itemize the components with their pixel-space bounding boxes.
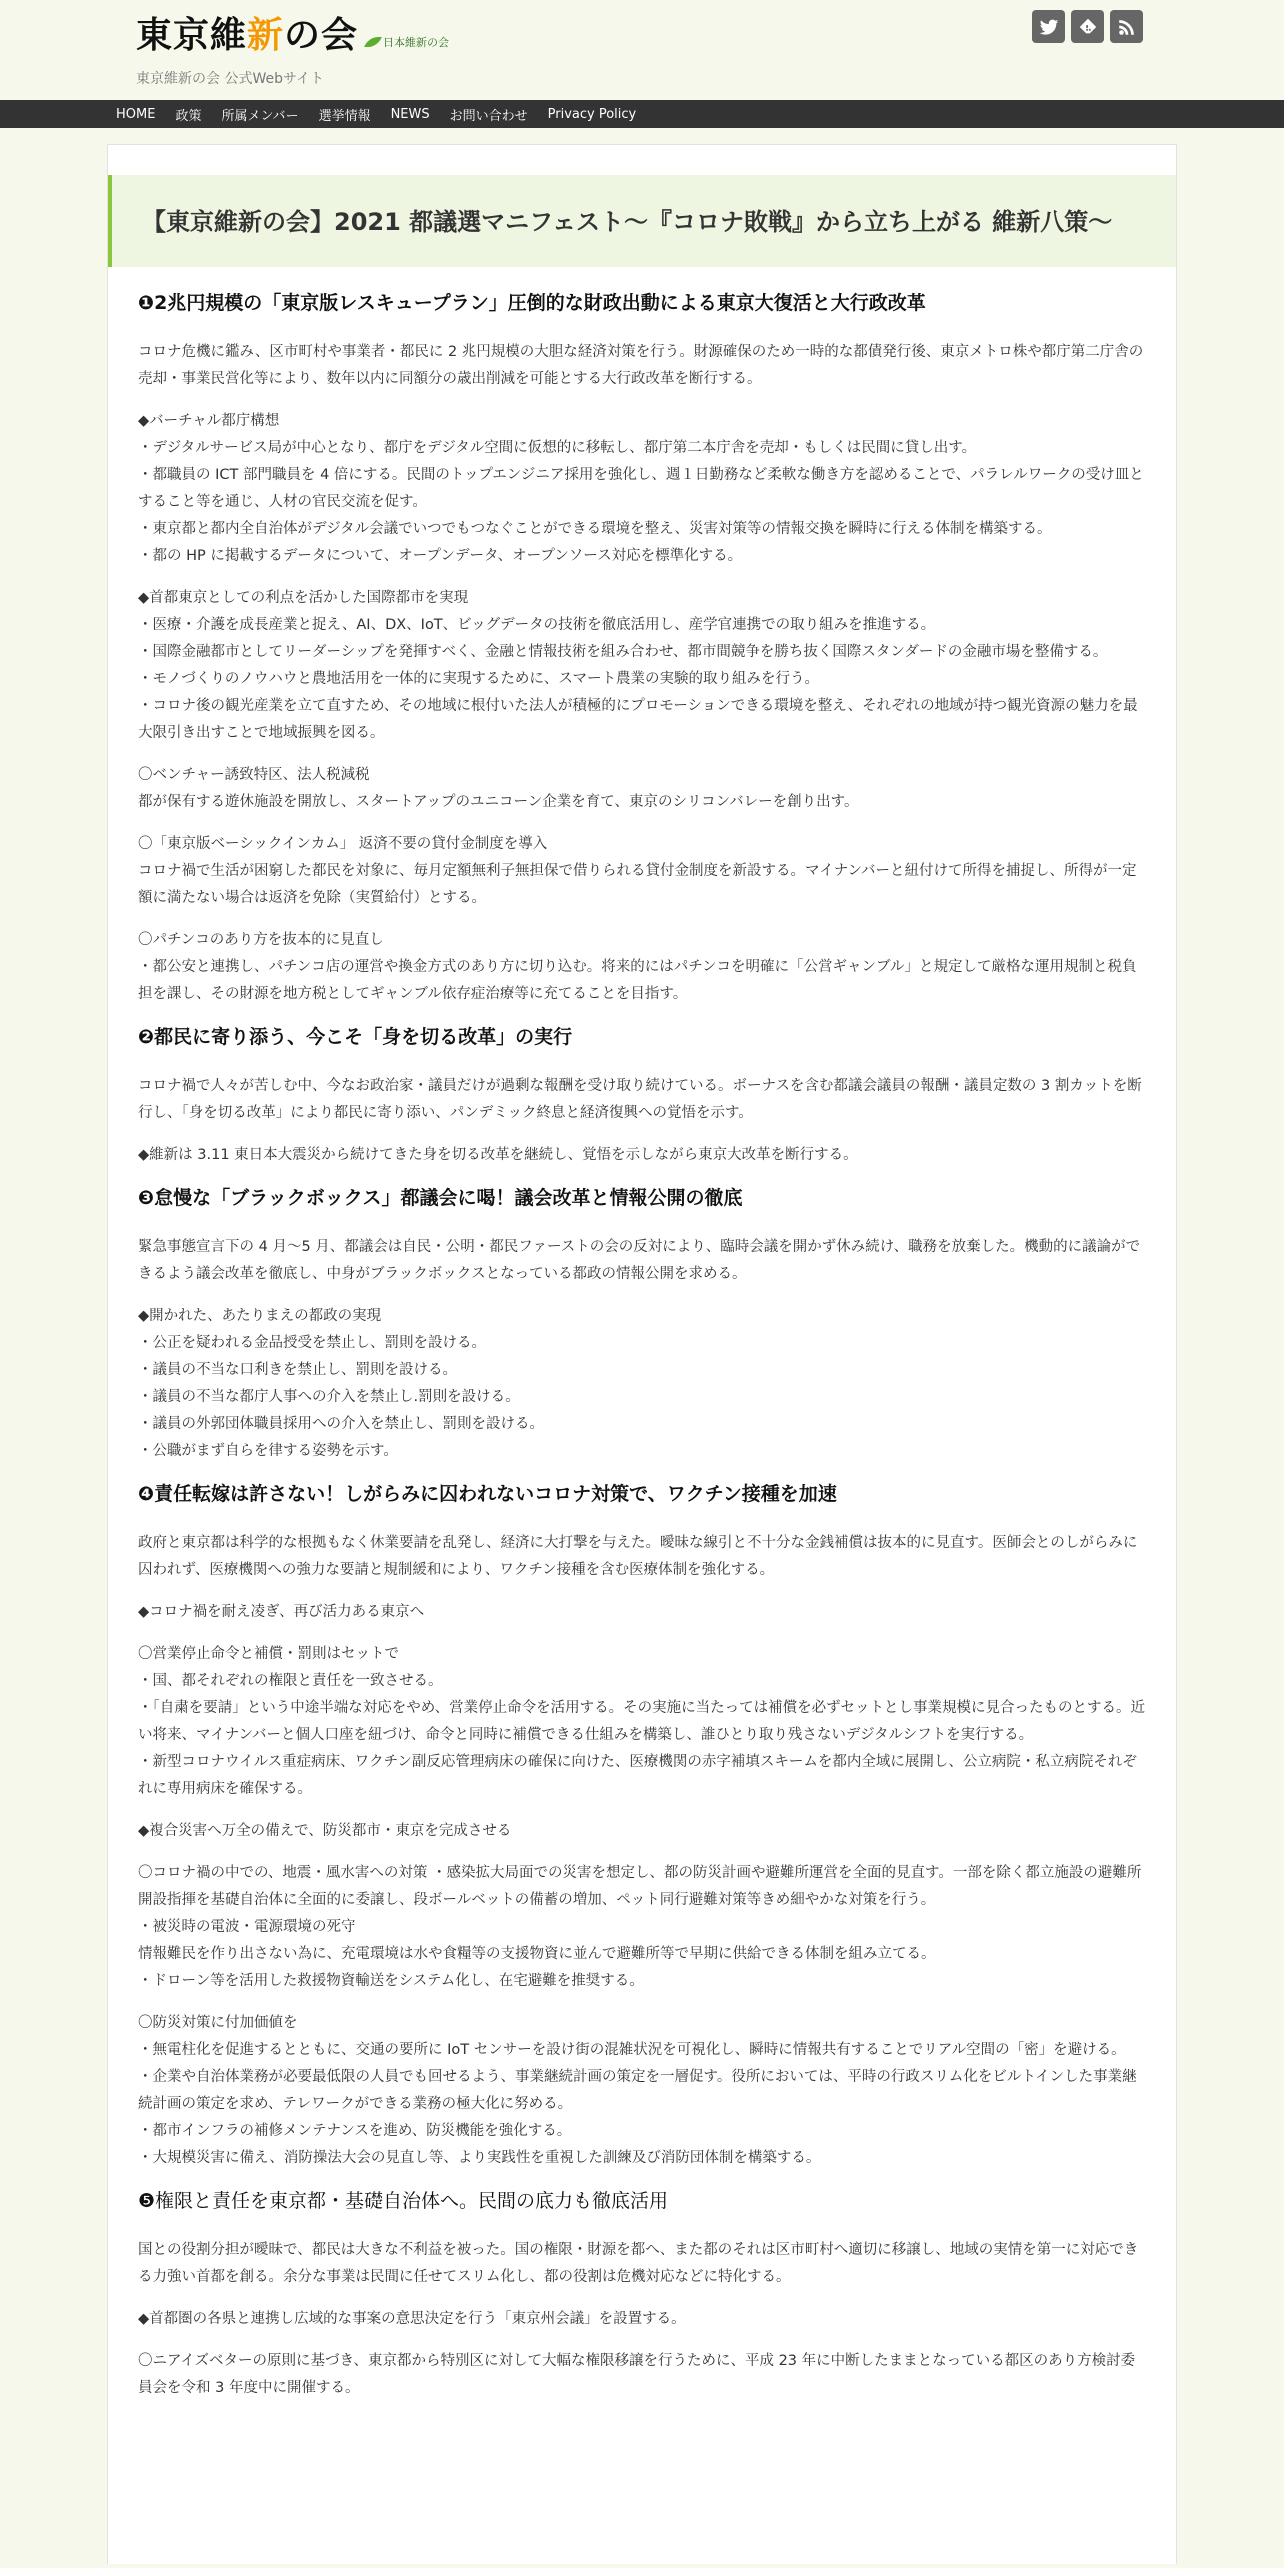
nav-contact[interactable]: お問い合わせ: [450, 105, 528, 124]
paragraph: 〇営業停止命令と補償・罰則はセットで・国、都それぞれの権限と責任を一致させる。・…: [138, 1641, 1146, 1803]
paragraph-line: ・被災時の電波・電源環境の死守: [138, 1914, 1146, 1941]
paragraph: 〇コロナ禍の中での、地震・風水害への対策 ・感染拡大局面での災害を想定し、都の防…: [138, 1860, 1146, 1995]
main-nav: HOME 政策 所属メンバー 選挙情報 NEWS お問い合わせ Privacy …: [0, 100, 1284, 128]
paragraph-line: ・都公安と連携し、パチンコ店の運営や換金方式のあり方に切り込む。将来的にはパチン…: [138, 954, 1146, 1008]
paragraph-line: ・都の HP に掲載するデータについて、オープンデータ、オープンソース対応を標準…: [138, 543, 1146, 570]
paragraph-line: 〇営業停止命令と補償・罰則はセットで: [138, 1641, 1146, 1668]
paragraph: 〇防災対策に付加価値を・無電柱化を促進するとともに、交通の要所に IoT センサ…: [138, 2010, 1146, 2172]
paragraph-line: ・コロナ後の観光産業を立て直すため、その地域に根付いた法人が積極的にプロモーショ…: [138, 693, 1146, 747]
section-heading: ❸怠慢な「ブラックボックス」都議会に喝！議会改革と情報公開の徹底: [138, 1184, 1146, 1212]
paragraph-line: 都が保有する遊休施設を開放し、スタートアップのユニコーン企業を育て、東京のシリコ…: [138, 789, 1146, 816]
paragraph-line: ・国、都それぞれの権限と責任を一致させる。: [138, 1668, 1146, 1695]
paragraph-line: ・議員の外郭団体職員採用への介入を禁止し、罰則を設ける。: [138, 1411, 1146, 1438]
paragraph-line: ・モノづくりのノウハウと農地活用を一体的に実現するために、スマート農業の実験的取…: [138, 666, 1146, 693]
paragraph-line: 〇パチンコのあり方を抜本的に見直し: [138, 927, 1146, 954]
logo-prefix: 東京維: [136, 15, 247, 56]
paragraph-line: ・国際金融都市としてリーダーシップを発揮すべく、金融と情報技術を組み合わせ、都市…: [138, 639, 1146, 666]
paragraph: 〇「東京版ベーシックインカム」 返済不要の貸付金制度を導入コロナ禍で生活が困窮し…: [138, 831, 1146, 912]
paragraph-line: 政府と東京都は科学的な根拠もなく休業要請を乱発し、経済に大打撃を与えた。曖昧な線…: [138, 1530, 1146, 1584]
paragraph-line: ・デジタルサービス局が中心となり、都庁をデジタル空間に仮想的に移転し、都庁第二本…: [138, 435, 1146, 462]
paragraph-line: 〇「東京版ベーシックインカム」 返済不要の貸付金制度を導入: [138, 831, 1146, 858]
main-content: 【東京維新の会】2021 都議選マニフェスト～『コロナ敗戦』から立ち上がる 維新…: [107, 144, 1177, 2564]
paragraph: コロナ禍で人々が苦しむ中、今なお政治家・議員だけが過剰な報酬を受け取り続けている…: [138, 1073, 1146, 1127]
paragraph-line: ・議員の不当な都庁人事への介入を禁止し.罰則を設ける。: [138, 1384, 1146, 1411]
paragraph: ◆複合災害へ万全の備えで、防災都市・東京を完成させる: [138, 1818, 1146, 1845]
paragraph-line: ◆維新は 3.11 東日本大震災から続けてきた身を切る改革を継続し、覚悟を示しな…: [138, 1142, 1146, 1169]
section-heading: ❹責任転嫁は許さない！しがらみに囚われないコロナ対策で、ワクチン接種を加速: [138, 1480, 1146, 1508]
paragraph: ◆首都東京としての利点を活かした国際都市を実現・医療・介護を成長産業と捉え、AI…: [138, 585, 1146, 747]
nav-policy[interactable]: 政策: [175, 105, 201, 124]
paragraph-line: ・東京都と都内全自治体がデジタル会議でいつでもつなぐことができる環境を整え、災害…: [138, 516, 1146, 543]
paragraph-line: コロナ禍で人々が苦しむ中、今なお政治家・議員だけが過剰な報酬を受け取り続けている…: [138, 1073, 1146, 1127]
paragraph-line: 〇コロナ禍の中での、地震・風水害への対策 ・感染拡大局面での災害を想定し、都の防…: [138, 1860, 1146, 1887]
paragraph-line: ・医療・介護を成長産業と捉え、AI、DX、IoT、ビッグデータの技術を徹底活用し…: [138, 612, 1146, 639]
paragraph: ◆維新は 3.11 東日本大震災から続けてきた身を切る改革を継続し、覚悟を示しな…: [138, 1142, 1146, 1169]
paragraph: ◆開かれた、あたりまえの都政の実現・公正を疑われる金品授受を禁止し、罰則を設ける…: [138, 1303, 1146, 1465]
paragraph-line: ◆首都圏の各県と連携し広域的な事案の意思決定を行う「東京州会議」を設置する。: [138, 2306, 1146, 2333]
nav-news[interactable]: NEWS: [391, 107, 430, 122]
site-tagline: 東京維新の会 公式Webサイト: [136, 68, 324, 88]
paragraph-line: ・公職がまず自らを律する姿勢を示す。: [138, 1438, 1146, 1465]
parent-party-logo: 日本維新の会: [366, 34, 449, 50]
paragraph-line: コロナ禍で生活が困窮した都民を対象に、毎月定額無利子無担保で借りられる貸付金制度…: [138, 858, 1146, 912]
paragraph-line: ◆バーチャル都庁構想: [138, 408, 1146, 435]
leaf-icon: [364, 37, 382, 47]
paragraph-line: ・公正を疑われる金品授受を禁止し、罰則を設ける。: [138, 1330, 1146, 1357]
paragraph-line: ・新型コロナウイルス重症病床、ワクチン副反応管理病床の確保に向けた、医療機関の赤…: [138, 1749, 1146, 1803]
section-heading: ❶2兆円規模の「東京版レスキュープラン」圧倒的な財政出動による東京大復活と大行政…: [138, 289, 1146, 317]
site-logo[interactable]: 東京維新の会 日本維新の会: [136, 14, 449, 58]
paragraph-line: ◆開かれた、あたりまえの都政の実現: [138, 1303, 1146, 1330]
paragraph: ◆コロナ禍を耐え凌ぎ、再び活力ある東京へ: [138, 1599, 1146, 1626]
paragraph-line: 情報難民を作り出さない為に、充電環境は水や食糧等の支援物資に並んで避難所等で早期…: [138, 1941, 1146, 1968]
paragraph-line: 〇防災対策に付加価値を: [138, 2010, 1146, 2037]
page-title: 【東京維新の会】2021 都議選マニフェスト～『コロナ敗戦』から立ち上がる 維新…: [108, 175, 1176, 267]
paragraph-line: ・大規模災害に備え、消防操法大会の見直し等、より実践性を重視した訓練及び消防団体…: [138, 2145, 1146, 2172]
nav-members[interactable]: 所属メンバー: [221, 105, 298, 124]
paragraph-line: 〇ニアイズベターの原則に基づき、東京都から特別区に対して大幅な権限移譲を行うため…: [138, 2348, 1146, 2402]
section-heading: ❷都民に寄り添う、今こそ「身を切る改革」の実行: [138, 1023, 1146, 1051]
paragraph-line: ・「自粛を要請」という中途半端な対応をやめ、営業停止命令を活用する。その実施に当…: [138, 1695, 1146, 1749]
paragraph: ◆バーチャル都庁構想・デジタルサービス局が中心となり、都庁をデジタル空間に仮想的…: [138, 408, 1146, 570]
paragraph-line: ・議員の不当な口利きを禁止し、罰則を設ける。: [138, 1357, 1146, 1384]
paragraph-line: 緊急事態宣言下の 4 月～5 月、都議会は自民・公明・都民ファーストの会の反対に…: [138, 1234, 1146, 1288]
paragraph-line: ◆コロナ禍を耐え凌ぎ、再び活力ある東京へ: [138, 1599, 1146, 1626]
paragraph-line: ・都市インフラの補修メンテナンスを進め、防災機能を強化する。: [138, 2118, 1146, 2145]
paragraph-line: コロナ危機に鑑み、区市町村や事業者・都民に 2 兆円規模の大胆な経済対策を行う。…: [138, 339, 1146, 393]
nav-privacy[interactable]: Privacy Policy: [548, 107, 637, 122]
paragraph-line: ◆複合災害へ万全の備えで、防災都市・東京を完成させる: [138, 1818, 1146, 1845]
paragraph: ◆首都圏の各県と連携し広域的な事案の意思決定を行う「東京州会議」を設置する。: [138, 2306, 1146, 2333]
social-links: [1032, 10, 1143, 43]
paragraph-line: 開設指揮を基礎自治体に全面的に委譲し、段ボールベットの備蓄の増加、ペット同行避難…: [138, 1887, 1146, 1914]
paragraph: 〇パチンコのあり方を抜本的に見直し・都公安と連携し、パチンコ店の運営や換金方式の…: [138, 927, 1146, 1008]
nav-election[interactable]: 選挙情報: [319, 105, 371, 124]
paragraph-line: ・ドローン等を活用した救援物資輸送をシステム化し、在宅避難を推奨する。: [138, 1968, 1146, 1995]
logo-accent: 新: [247, 15, 284, 56]
paragraph-line: 国との役割分担が曖昧で、都民は大きな不利益を被った。国の権限・財源を都へ、また都…: [138, 2237, 1146, 2291]
paragraph: 緊急事態宣言下の 4 月～5 月、都議会は自民・公明・都民ファーストの会の反対に…: [138, 1234, 1146, 1288]
rss-button[interactable]: [1110, 10, 1143, 43]
paragraph-line: ・企業や自治体業務が必要最低限の人員でも回せるよう、事業継続計画の策定を一層促す…: [138, 2064, 1146, 2118]
rss-icon: [1116, 16, 1138, 38]
twitter-icon: [1038, 16, 1060, 38]
parent-party-name: 日本維新の会: [383, 34, 449, 50]
paragraph: 政府と東京都は科学的な根拠もなく休業要請を乱発し、経済に大打撃を与えた。曖昧な線…: [138, 1530, 1146, 1584]
article-body: ❶2兆円規模の「東京版レスキュープラン」圧倒的な財政出動による東京大復活と大行政…: [108, 267, 1176, 2402]
logo-suffix: の会: [284, 15, 358, 56]
twitter-button[interactable]: [1032, 10, 1065, 43]
paragraph: 〇ベンチャー誘致特区、法人税減税都が保有する遊休施設を開放し、スタートアップのユ…: [138, 762, 1146, 816]
feedly-icon: [1077, 16, 1099, 38]
nav-home[interactable]: HOME: [116, 107, 155, 122]
paragraph: 〇ニアイズベターの原則に基づき、東京都から特別区に対して大幅な権限移譲を行うため…: [138, 2348, 1146, 2402]
paragraph-line: 〇ベンチャー誘致特区、法人税減税: [138, 762, 1146, 789]
paragraph-line: ◆首都東京としての利点を活かした国際都市を実現: [138, 585, 1146, 612]
site-header: 東京維新の会 日本維新の会 東京維新の会 公式Webサイト: [0, 0, 1284, 100]
feedly-button[interactable]: [1071, 10, 1104, 43]
logo-text: 東京維新の会: [136, 14, 358, 58]
paragraph: コロナ危機に鑑み、区市町村や事業者・都民に 2 兆円規模の大胆な経済対策を行う。…: [138, 339, 1146, 393]
paragraph: 国との役割分担が曖昧で、都民は大きな不利益を被った。国の権限・財源を都へ、また都…: [138, 2237, 1146, 2291]
section-heading: ❺権限と責任を東京都・基礎自治体へ。民間の底力も徹底活用: [138, 2187, 1146, 2215]
paragraph-line: ・無電柱化を促進するとともに、交通の要所に IoT センサーを設け街の混雑状況を…: [138, 2037, 1146, 2064]
paragraph-line: ・都職員の ICT 部門職員を 4 倍にする。民間のトップエンジニア採用を強化し…: [138, 462, 1146, 516]
